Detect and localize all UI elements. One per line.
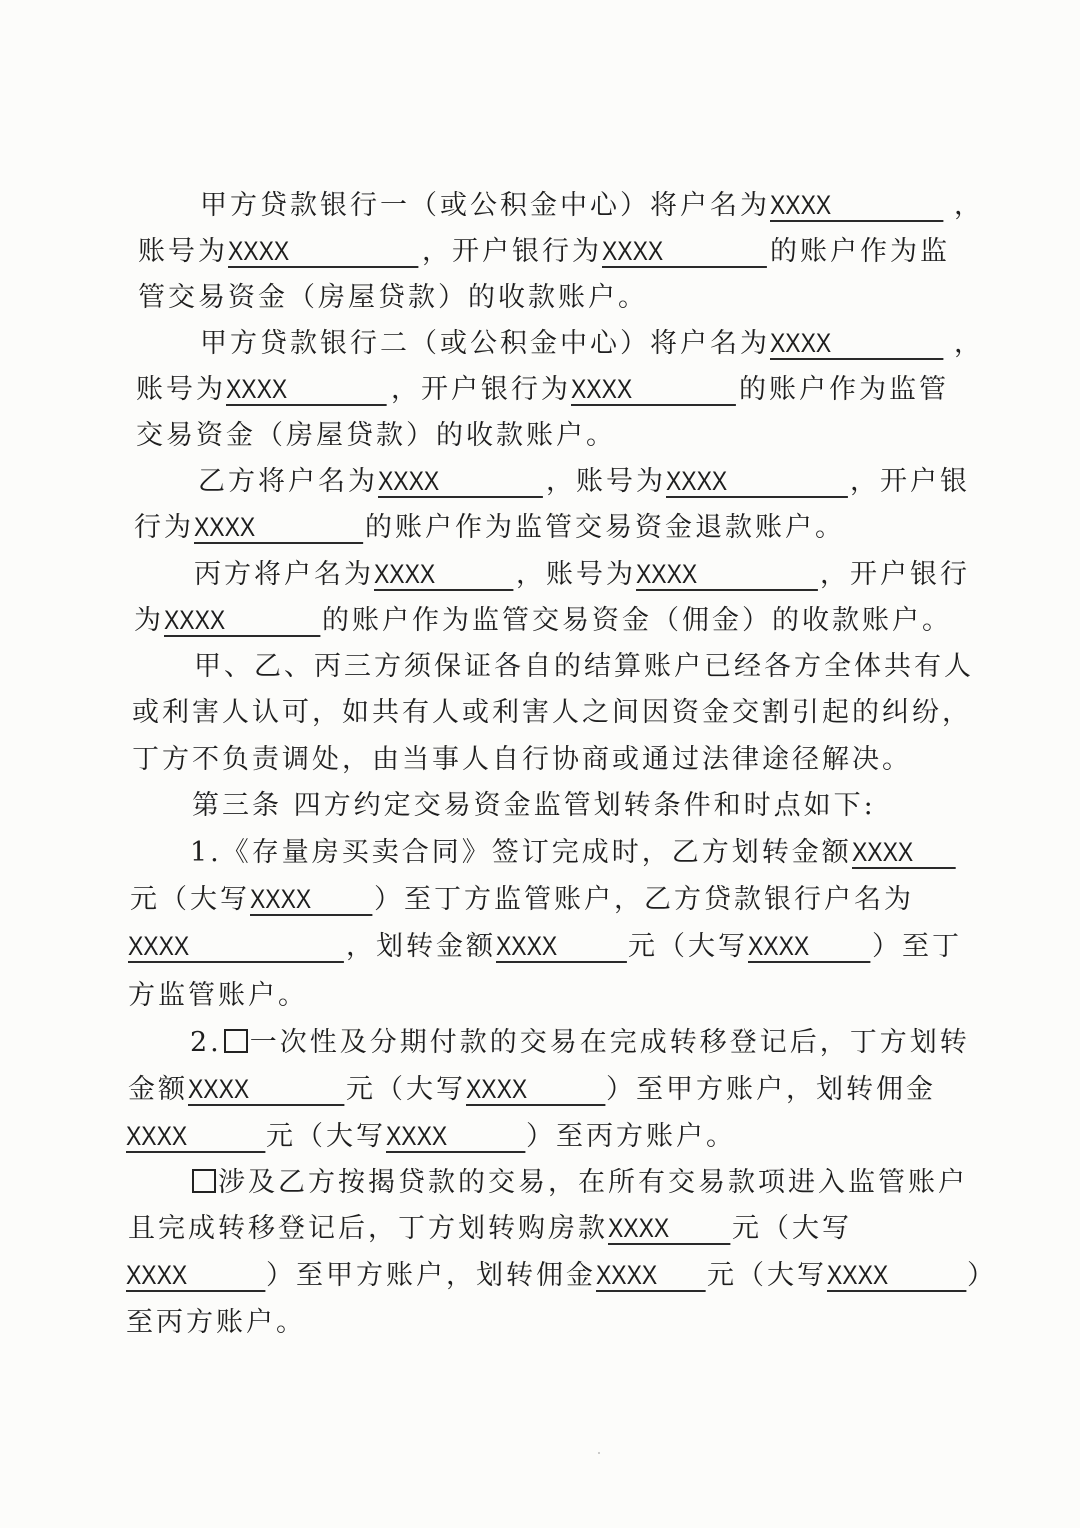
text-line: 管交易资金（房屋贷款）的收款账户。 [138,278,648,318]
blank-account-name: XXXX [374,559,513,591]
blank-commission-amount: XXXX [596,1260,706,1292]
clause-2: 2.一次性及分期付款的交易在完成转移登记后，丁方划转 [190,1023,970,1063]
paragraph-party-b-account: 乙方将户名为XXXX，账号为XXXX，开户银 [198,462,970,502]
blank-amount: XXXX [496,931,627,963]
scan-speck [598,1452,600,1454]
text-line: XXXX元（大写XXXX）至丙方账户。 [126,1117,736,1157]
document-page: 甲方贷款银行一（或公积金中心）将户名为XXXX， 账号为XXXX，开户银行为XX… [0,0,1080,1528]
blank-bank-name: XXXX [571,374,736,406]
blank-amount: XXXX [188,1074,344,1106]
article-three-heading: 第三条 四方约定交易资金监管划转条件和时点如下: [192,786,876,826]
clause-1: 1.《存量房买卖合同》签订完成时，乙方划转金额XXXX [190,833,974,873]
text-line: 账号为XXXX，开户银行为XXXX的账户作为监 [138,232,950,272]
text-line: XXXX，划转金额XXXX元（大写XXXX）至丁 [128,927,962,967]
blank-account-number: XXXX [226,374,387,406]
paragraph-lender-bank-1: 甲方贷款银行一（或公积金中心）将户名为XXXX， [200,186,984,226]
text-line: 至丙方账户。 [126,1303,306,1343]
blank-amount-in-words: XXXX [827,1260,966,1292]
text-line: 金额XXXX元（大写XXXX）至甲方账户，划转佣金 [128,1070,936,1110]
paragraph-lender-bank-2: 甲方贷款银行二（或公积金中心）将户名为XXXX， [200,324,984,364]
blank-amount: XXXX [852,837,956,869]
blank-account-name: XXXX [770,328,943,360]
blank-account-name: XXXX [770,190,943,222]
blank-account-number: XXXX [228,236,418,268]
blank-commission-amount: XXXX [126,1121,265,1153]
text-line: 丁方不负责调处，由当事人自行协商或通过法律途径解决。 [132,740,912,780]
blank-amount-in-words: XXXX [250,884,372,916]
blank-purchase-amount: XXXX [608,1213,730,1245]
text-line: 行为XXXX的账户作为监管交易资金退款账户。 [134,508,845,548]
blank-bank-name: XXXX [194,512,363,544]
checkbox-mortgage[interactable] [192,1169,216,1193]
blank-account-number: XXXX [636,559,818,591]
text-line: 为XXXX的账户作为监管交易资金（佣金）的收款账户。 [134,601,952,641]
text-line: 元（大写XXXX）至丁方监管账户，乙方贷款银行户名为 [130,880,914,920]
blank-bank-name: XXXX [602,236,767,268]
blank-bank-account-name: XXXX [128,931,344,963]
text-line: 或利害人认可，如共有人或利害人之间因资金交割引起的纠纷， [132,693,972,733]
blank-amount-in-words: XXXX [126,1260,265,1292]
blank-account-number: XXXX [666,466,848,498]
text-line: XXXX）至甲方账户，划转佣金XXXX元（大写XXXX） [126,1256,997,1296]
text-line: 交易资金（房屋贷款）的收款账户。 [136,416,616,456]
clause-2-mortgage-option: 涉及乙方按揭贷款的交易，在所有交易款项进入监管账户 [190,1163,968,1203]
blank-amount-in-words: XXXX [748,931,870,963]
blank-amount-in-words: XXXX [466,1074,605,1106]
checkbox-lump-sum[interactable] [224,1029,248,1053]
text-line: 方监管账户。 [128,976,308,1016]
paragraph-account-consent: 甲、乙、丙三方须保证各自的结算账户已经各方全体共有人 [194,647,974,687]
paragraph-party-c-account: 丙方将户名为XXXX，账号为XXXX，开户银行 [194,555,970,595]
blank-bank-name: XXXX [164,605,320,637]
blank-account-name: XXXX [378,466,543,498]
blank-amount-in-words: XXXX [386,1121,525,1153]
text-line: 账号为XXXX，开户银行为XXXX的账户作为监管 [136,370,949,410]
text-line: 且完成转移登记后，丁方划转购房款XXXX元（大写 [128,1209,852,1249]
